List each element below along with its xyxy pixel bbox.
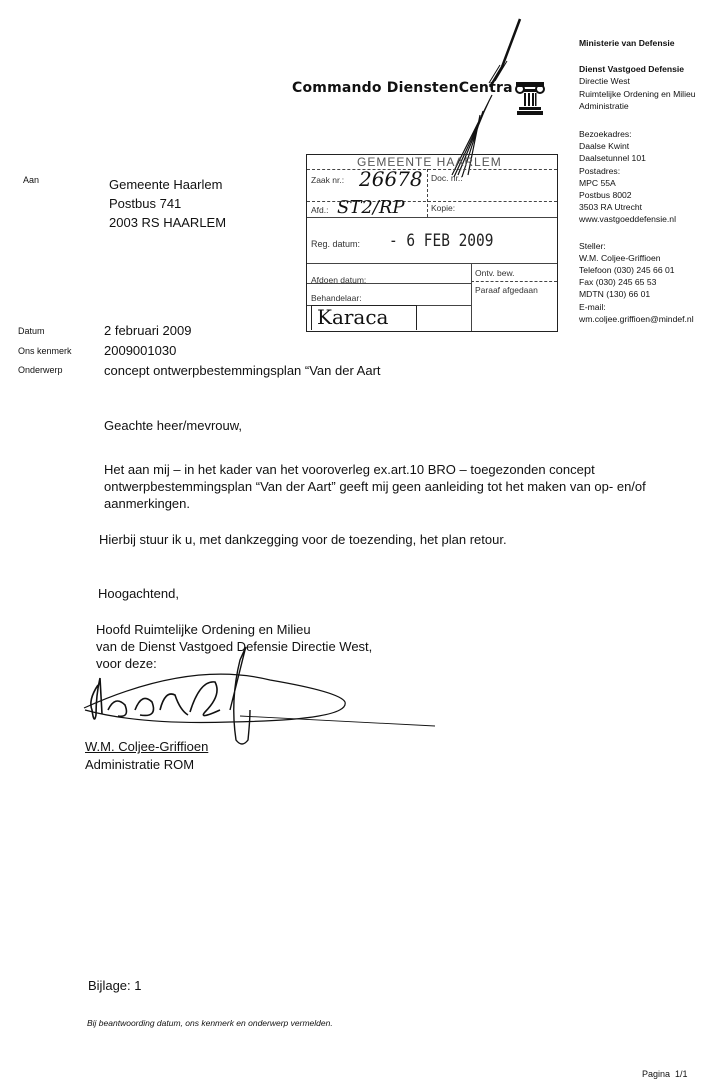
- stamp-paraaf-label: Paraaf afgedaan: [475, 285, 538, 295]
- stamp-afd-label: Afd.:: [311, 205, 328, 215]
- date-label: Datum: [18, 326, 45, 336]
- signer-block: W.M. Coljee-Griffioen Administratie ROM: [85, 738, 208, 774]
- ionic-column-icon: [514, 80, 546, 116]
- section-name: Ruimtelijke Ordening en Milieu: [579, 88, 696, 100]
- stamp-reg-label: Reg. datum:: [311, 239, 360, 249]
- author-name: W.M. Coljee-Griffioen: [579, 252, 696, 264]
- visit-address-label: Bezoekadres:: [579, 128, 696, 140]
- received-stamp: GEMEENTE HAARLEM Zaak nr.: 26678 Doc. nr…: [306, 154, 558, 332]
- fax-number: Fax (030) 245 65 53: [579, 276, 696, 288]
- recipient-postbox: Postbus 741: [109, 194, 226, 213]
- ministry-name: Ministerie van Defensie: [579, 37, 696, 49]
- subsection-name: Administratie: [579, 100, 696, 112]
- mdtn-number: MDTN (130) 66 01: [579, 288, 696, 300]
- reference-label: Ons kenmerk: [18, 346, 72, 356]
- visit-address-line: Daalsetunnel 101: [579, 152, 696, 164]
- subject-value: concept ontwerpbestemmingsplan “Van der …: [104, 362, 381, 379]
- postal-address-label: Postadres:: [579, 165, 696, 177]
- department-name: Dienst Vastgoed Defensie: [579, 63, 696, 75]
- recipient-name: Gemeente Haarlem: [109, 175, 226, 194]
- stamp-behandelaar-label: Behandelaar:: [311, 293, 362, 303]
- reply-note: Bij beantwoording datum, ons kenmerk en …: [87, 1018, 333, 1028]
- salutation: Geachte heer/mevrouw,: [104, 417, 242, 434]
- date-value: 2 februari 2009: [104, 322, 191, 339]
- body-paragraph-2: Hierbij stuur ik u, met dankzegging voor…: [99, 531, 507, 548]
- postal-address-line: 3503 RA Utrecht: [579, 201, 696, 213]
- stamp-ontv-label: Ontv. bew.: [475, 268, 515, 278]
- signer-title: Administratie ROM: [85, 756, 208, 774]
- website-link[interactable]: www.vastgoeddefensie.nl: [579, 213, 696, 225]
- letterhead-block: Ministerie van Defensie Dienst Vastgoed …: [579, 37, 696, 325]
- recipient-label: Aan: [23, 175, 39, 185]
- phone-number: Telefoon (030) 245 66 01: [579, 264, 696, 276]
- author-label: Steller:: [579, 240, 696, 252]
- page-number: Pagina 1/1: [642, 1069, 688, 1079]
- subject-label: Onderwerp: [18, 365, 63, 375]
- email-link[interactable]: wm.coljee.griffioen@mindef.nl: [579, 313, 696, 325]
- body-line: Het aan mij – in het kader van het vooro…: [104, 461, 646, 478]
- email-label: E-mail:: [579, 301, 696, 313]
- reference-value: 2009001030: [104, 342, 176, 359]
- stamp-zaak-value: 26678: [359, 167, 423, 191]
- signer-name: W.M. Coljee-Griffioen: [85, 738, 208, 756]
- stamp-afd-value: ST2/RP: [337, 197, 405, 218]
- attachment-count: Bijlage: 1: [88, 977, 141, 994]
- stamp-reg-value: - 6 FEB 2009: [389, 231, 493, 251]
- closing: Hoogachtend,: [98, 585, 179, 602]
- postal-address-line: Postbus 8002: [579, 189, 696, 201]
- stamp-zaak-label: Zaak nr.:: [311, 175, 344, 185]
- body-line: ontwerpbestemmingsplan “Van der Aart” ge…: [104, 478, 646, 495]
- stamp-doc-label: Doc. nr.:: [431, 173, 463, 183]
- recipient-city: 2003 RS HAARLEM: [109, 213, 226, 232]
- stamp-behandelaar-value: Karaca: [317, 305, 388, 329]
- recipient-address: Gemeente Haarlem Postbus 741 2003 RS HAA…: [109, 175, 226, 232]
- body-line: aanmerkingen.: [104, 495, 646, 512]
- postal-address-line: MPC 55A: [579, 177, 696, 189]
- signatory-function: Hoofd Ruimtelijke Ordening en Milieu: [96, 621, 372, 638]
- body-paragraph-1: Het aan mij – in het kader van het vooro…: [104, 461, 646, 512]
- stamp-kopie-label: Kopie:: [431, 203, 455, 213]
- visit-address-line: Daalse Kwint: [579, 140, 696, 152]
- directorate-name: Directie West: [579, 75, 696, 87]
